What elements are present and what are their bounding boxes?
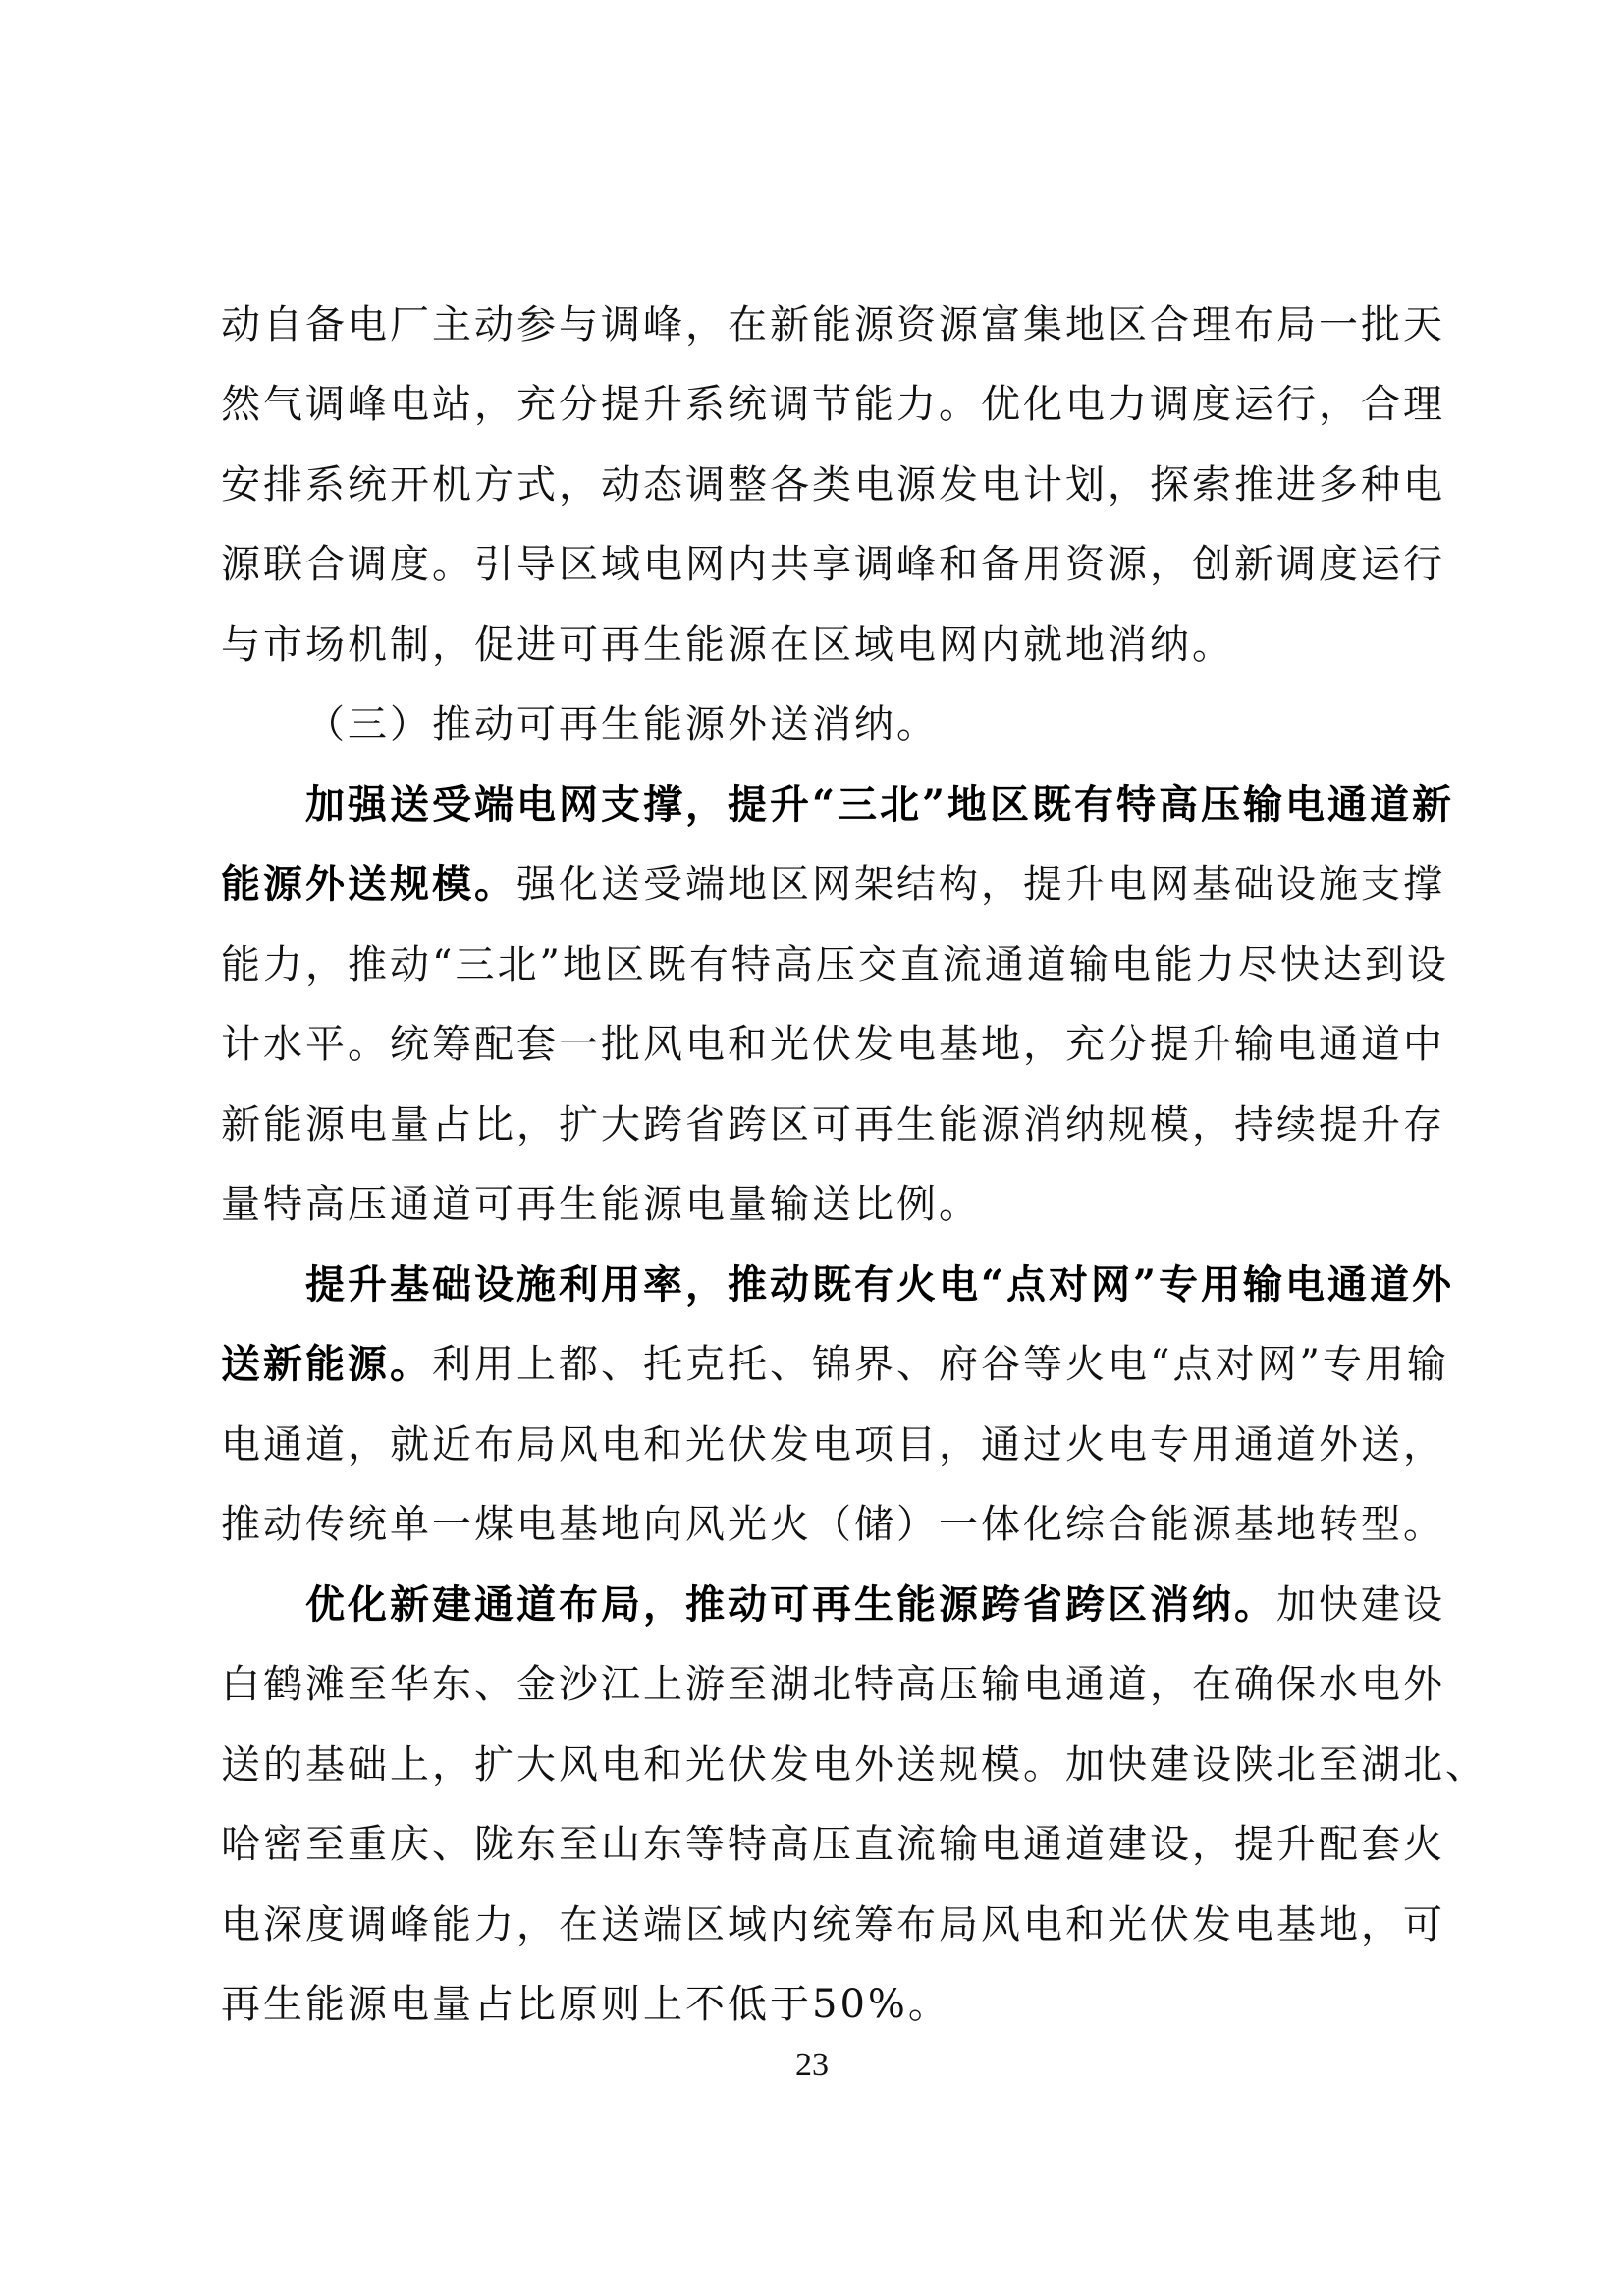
body-line: 哈密至重庆、陇东至山东等特高压直流输电通道建设，提升配套火 (221, 1804, 1404, 1885)
body-line: 量特高压通道可再生能源电量输送比例。 (221, 1164, 1404, 1245)
body-line: 送的基础上，扩大风电和光伏发电外送规模。加快建设陕北至湖北、 (221, 1725, 1404, 1805)
page-number: 23 (763, 2047, 861, 2084)
body-line: 计水平。统筹配套一批风电和光伏发电基地，充分提升输电通道中 (221, 1004, 1404, 1085)
body-text: 利用上都、托克托、锦界、府谷等火电“点对网”专用输 (432, 1342, 1449, 1387)
paragraph-lead-sentence: 提升基础设施利用率，推动既有火电“点对网”专用输电通道外 (305, 1245, 1404, 1325)
document-page: 动自备电厂主动参与调峰，在新能源资源富集地区合理布局一批天 然气调峰电站，充分提… (0, 0, 1624, 2296)
body-line: 能源外送规模。强化送受端地区网架结构，提升电网基础设施支撑 (221, 844, 1404, 925)
body-line: 送新能源。利用上都、托克托、锦界、府谷等火电“点对网”专用输 (221, 1324, 1404, 1405)
paragraph-lead-sentence-end: 能源外送规模。 (221, 861, 516, 907)
body-line: 新能源电量占比，扩大跨省跨区可再生能源消纳规模，持续提升存 (221, 1085, 1404, 1165)
body-text: 加快建设 (1276, 1582, 1445, 1628)
body-line: 安排系统开机方式，动态调整各类电源发电计划，探索推进多种电 (221, 445, 1404, 525)
body-line: 与市场机制，促进可再生能源在区域电网内就地消纳。 (221, 605, 1404, 685)
section-heading: （三）推动可再生能源外送消纳。 (305, 684, 1404, 765)
body-text: 强化送受端地区网架结构，提升电网基础设施支撑 (516, 862, 1445, 907)
body-line: 能力，推动“三北”地区既有特高压交直流通道输电能力尽快达到设 (221, 925, 1404, 1005)
body-line: 动自备电厂主动参与调峰，在新能源资源富集地区合理布局一批天 (221, 285, 1404, 365)
body-line: 然气调峰电站，充分提升系统调节能力。优化电力调度运行，合理 (221, 364, 1404, 445)
body-line: 再生能源电量占比原则上不低于50%。 (221, 1964, 1404, 2045)
body-line: 优化新建通道布局，推动可再生能源跨省跨区消纳。加快建设 (305, 1565, 1404, 1645)
body-line: 电通道，就近布局风电和光伏发电项目，通过火电专用通道外送， (221, 1405, 1404, 1485)
paragraph-lead-sentence-end: 送新能源。 (221, 1341, 432, 1387)
body-line: 推动传统单一煤电基地向风光火（储）一体化综合能源基地转型。 (221, 1484, 1404, 1565)
paragraph-lead-sentence: 加强送受端电网支撑，提升“三北”地区既有特高压输电通道新 (305, 765, 1404, 845)
body-line: 白鹤滩至华东、金沙江上游至湖北特高压输电通道，在确保水电外 (221, 1644, 1404, 1725)
body-line: 源联合调度。引导区域电网内共享调峰和备用资源，创新调度运行 (221, 524, 1404, 605)
paragraph-lead-sentence: 优化新建通道布局，推动可再生能源跨省跨区消纳。 (305, 1581, 1276, 1628)
body-line: 电深度调峰能力，在送端区域内统筹布局风电和光伏发电基地，可 (221, 1885, 1404, 1965)
